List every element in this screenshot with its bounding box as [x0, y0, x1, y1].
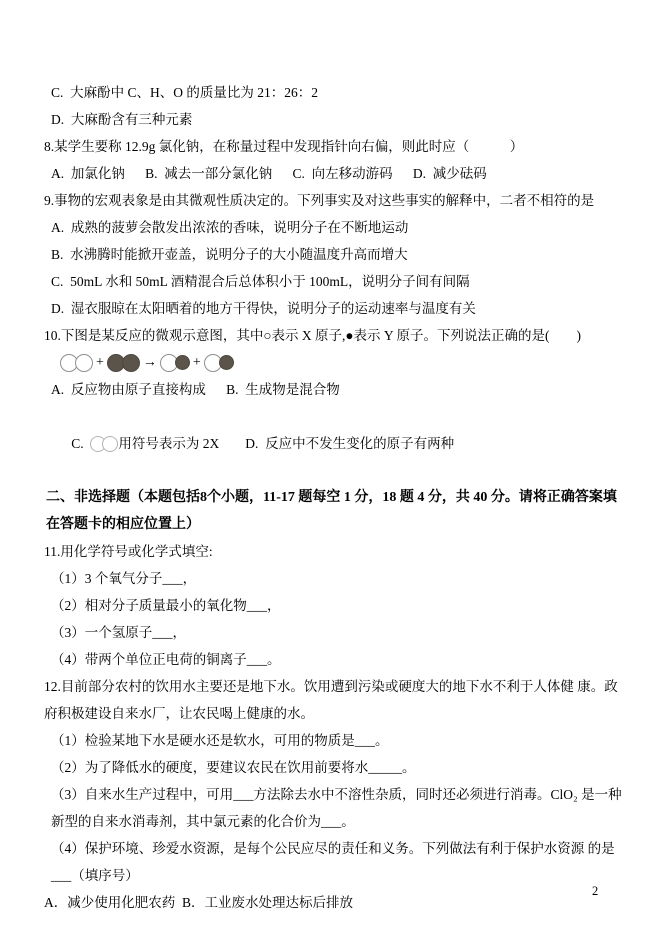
q10-reaction-diagram: + → +	[44, 349, 630, 376]
plus-sign: +	[96, 356, 104, 370]
q12-options-ab: A．减少使用化肥农药 B．工业废水处理达标后排放	[44, 889, 630, 916]
q7-option-c: C. 大麻酚中 C、H、O 的质量比为 21：26：2	[44, 79, 630, 106]
page-number: 2	[592, 884, 598, 899]
q9-option-a: A. 成熟的菠萝会散发出浓浓的香味，说明分子在不断地运动	[44, 214, 630, 241]
q12-item-4: （4）保护环境、珍爱水资源，是每个公民应尽的责任和义务。下列做法有利于保护水资源…	[44, 835, 630, 889]
q8-options: A. 加氯化钠 B. 减去一部分氯化钠 C. 向左移动游码 D. 减少砝码	[44, 160, 630, 187]
q9-option-b: B. 水沸腾时能掀开壶盖，说明分子的大小随温度升高而增大	[44, 241, 630, 268]
q11-item-2: （2）相对分子质量最小的氧化物___，	[44, 592, 630, 619]
y-atom-circle-icon	[122, 354, 140, 372]
section2-header: 二、非选择题（本题包括8个小题，11-17 题每空 1 分，18 题 4 分，共…	[44, 484, 630, 538]
q12-item-2: （2）为了降低水的硬度，要建议农民在饮用前要将水_____。	[44, 754, 630, 781]
exam-content: C. 大麻酚中 C、H、O 的质量比为 21：26：2 D. 大麻酚含有三种元素…	[44, 79, 630, 916]
q12-item-1: （1）检验某地下水是硬水还是软水，可用的物质是___。	[44, 727, 630, 754]
q11-item-4: （4）带两个单位正电荷的铜离子___。	[44, 646, 630, 673]
q11-item-3: （3）一个氢原子___，	[44, 619, 630, 646]
q10-option-c-text: 用符号表示为 2X	[118, 436, 219, 451]
q10-option-c-label: C.	[71, 436, 90, 451]
x2-molecule-inline-icon	[90, 436, 118, 452]
exam-page: C. 大麻酚中 C、H、O 的质量比为 21：26：2 D. 大麻酚含有三种元素…	[0, 0, 661, 935]
q10-stem: 10.下图是某反应的微观示意图，其中○表示 X 原子,●表示 Y 原子。下列说法…	[44, 322, 630, 349]
arrow-icon: →	[143, 356, 157, 370]
q11-stem: 11.用化学符号或化学式填空:	[44, 538, 630, 565]
q10-option-d: D. 反应中不发生变化的原子有两种	[245, 436, 454, 451]
q10-options-ab: A. 反应物由原子直接构成 B. 生成物是混合物	[44, 376, 630, 403]
molecule-x2	[60, 354, 93, 372]
molecule-y2	[107, 354, 140, 372]
x-atom-circle-icon	[102, 436, 118, 452]
plus-sign: +	[193, 356, 201, 370]
q12-stem: 12.目前部分农村的饮用水主要还是地下水。饮用遭到污染或硬度大的地下水不利于人体…	[44, 673, 630, 727]
q11-item-1: （1）3 个氧气分子___，	[44, 565, 630, 592]
q7-option-d: D. 大麻酚含有三种元素	[44, 106, 630, 133]
y-atom-circle-icon	[219, 355, 234, 370]
q10-options-cd: C. 用符号表示为 2XD. 反应中不发生变化的原子有两种	[44, 403, 630, 484]
x-atom-circle-icon	[75, 354, 93, 372]
molecule-xy	[160, 354, 190, 372]
molecule-xy	[204, 354, 234, 372]
q12-item-3: （3）自来水生产过程中，可用___方法除去水中不溶性杂质，同时还必须进行消毒。C…	[44, 781, 630, 835]
q9-stem: 9.事物的宏观表象是由其微观性质决定的。下列事实及对这些事实的解释中，二者不相符…	[44, 187, 630, 214]
y-atom-circle-icon	[175, 355, 190, 370]
q9-option-d: D. 湿衣服晾在太阳晒着的地方干得快，说明分子的运动速率与温度有关	[44, 295, 630, 322]
q8-stem: 8.某学生要称 12.9g 氯化钠，在称量过程中发现指针向右偏，则此时应（ ）	[44, 133, 630, 160]
q9-option-c: C. 50mL 水和 50mL 酒精混合后总体积小于 100mL，说明分子间有间…	[44, 268, 630, 295]
